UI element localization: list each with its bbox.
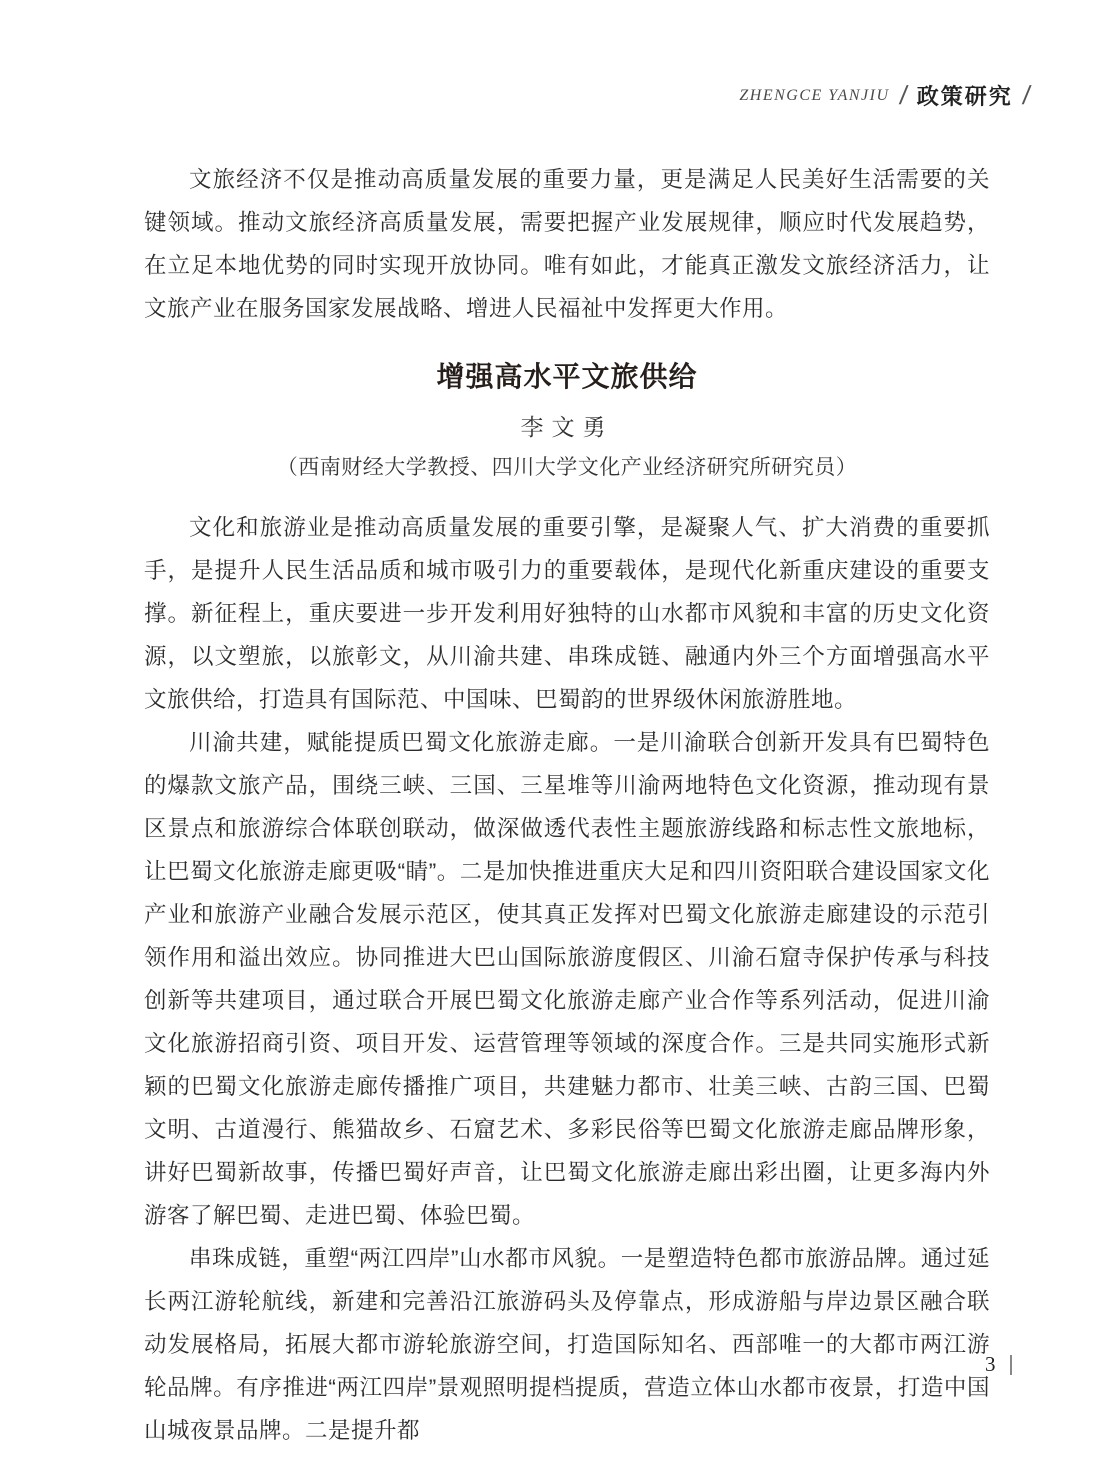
body-paragraph-2: 川渝共建，赋能提质巴蜀文化旅游走廊。一是川渝联合创新开发具有巴蜀特色的爆款文旅产… [144,721,990,1237]
journal-pinyin: ZHENGCE YANJIU [739,87,889,105]
header-slash-right: / [1021,80,1033,111]
body-paragraph-1: 文化和旅游业是推动高质量发展的重要引擎，是凝聚人气、扩大消费的重要抓手，是提升人… [144,506,990,721]
article-author: 李文勇 [144,414,990,442]
article-affiliation: （西南财经大学教授、四川大学文化产业经济研究所研究员） [144,454,990,480]
page-number: 3 [985,1352,996,1377]
journal-page: ZHENGCE YANJIU / 政策研究 / 文旅经济不仅是推动高质量发展的重… [0,0,1100,1482]
article-content: 文旅经济不仅是推动高质量发展的重要力量，更是满足人民美好生活需要的关键领域。推动… [144,158,990,1452]
body-paragraph-3: 串珠成链，重塑“两江四岸”山水都市风貌。一是塑造特色都市旅游品牌。通过延长两江游… [144,1237,990,1452]
lead-paragraph: 文旅经济不仅是推动高质量发展的重要力量，更是满足人民美好生活需要的关键领域。推动… [144,158,990,330]
running-header: ZHENGCE YANJIU / 政策研究 / [739,80,1030,111]
header-slash-left: / [897,80,909,111]
folio-rule [1010,1355,1012,1375]
journal-name: 政策研究 [917,80,1013,111]
page-folio: 3 [985,1352,1012,1377]
article-title: 增强高水平文旅供给 [144,360,990,394]
